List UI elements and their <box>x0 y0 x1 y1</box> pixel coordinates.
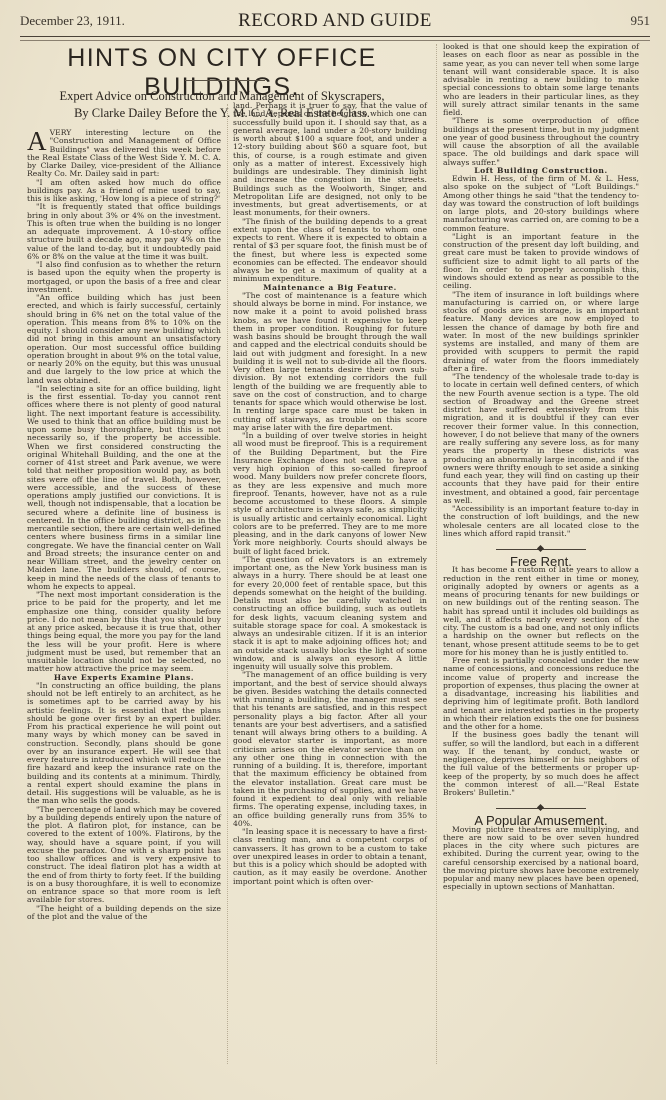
paragraph: "It is frequently stated that office bui… <box>27 203 221 261</box>
paragraph: "The next most important consideration i… <box>27 591 221 674</box>
paragraph: "In constructing an office building, the… <box>27 682 221 806</box>
column-1: AVERY interesting lecture on the "Constr… <box>27 129 221 921</box>
lead-paragraph: AVERY interesting lecture on the "Constr… <box>27 129 221 179</box>
paragraph: "In a building of over twelve stories in… <box>233 432 427 556</box>
masthead: December 23, 1911. RECORD AND GUIDE 951 <box>20 10 650 32</box>
newspaper-page: December 23, 1911. RECORD AND GUIDE 951 … <box>0 0 666 1100</box>
paragraph: "The tendency of the wholesale trade to-… <box>443 373 639 505</box>
page-number: 951 <box>631 13 651 29</box>
paragraph: looked is that one should keep the expir… <box>443 43 639 117</box>
column-2: land. Perhaps it is truer to say, that t… <box>233 102 427 886</box>
paragraph: "I also find confusion as to whether the… <box>27 261 221 294</box>
paragraph: land. Perhaps it is truer to say, that t… <box>233 102 427 218</box>
paragraph: Edwin H. Hess, of the firm of M. & L. He… <box>443 175 639 233</box>
paragraph: "The finish of the building depends to a… <box>233 218 427 284</box>
paragraph: It has become a custom of late years to … <box>443 566 639 657</box>
paragraph: "The percentage of land which may be cov… <box>27 806 221 905</box>
paragraph: "The management of an office building is… <box>233 671 427 828</box>
paragraph: If the business goes badly the tenant wi… <box>443 731 639 797</box>
ornament-divider <box>496 803 586 813</box>
masthead-rule <box>20 36 650 41</box>
paragraph: "Light is an important feature in the co… <box>443 233 639 291</box>
paragraph: "Accessibility is an important feature t… <box>443 505 639 538</box>
paragraph: "In leasing space it is necessary to hav… <box>233 828 427 886</box>
paragraph: Moving picture theatres are multiplying,… <box>443 826 639 892</box>
column-divider <box>436 44 437 1064</box>
ornament-divider <box>496 544 586 554</box>
headline-rule <box>185 80 265 81</box>
paragraph: "The item of insurance in loft buildings… <box>443 291 639 374</box>
paragraph: "The question of elevators is an extreme… <box>233 556 427 672</box>
paragraph: "The cost of maintenance is a feature wh… <box>233 292 427 432</box>
paragraph: "The height of a building depends on the… <box>27 905 221 922</box>
column-divider <box>227 104 228 1064</box>
drop-cap: A <box>27 131 47 151</box>
paragraph: "An office building which has just been … <box>27 294 221 385</box>
paragraph: "I am often asked how much do office bui… <box>27 179 221 204</box>
paragraph: "In selecting a site for an office build… <box>27 385 221 591</box>
paragraph: "There is some overproduction of office … <box>443 117 639 167</box>
paragraph: Free rent is partially concealed under t… <box>443 657 639 731</box>
column-3: looked is that one should keep the expir… <box>443 43 639 892</box>
publication-title: RECORD AND GUIDE <box>20 10 650 32</box>
